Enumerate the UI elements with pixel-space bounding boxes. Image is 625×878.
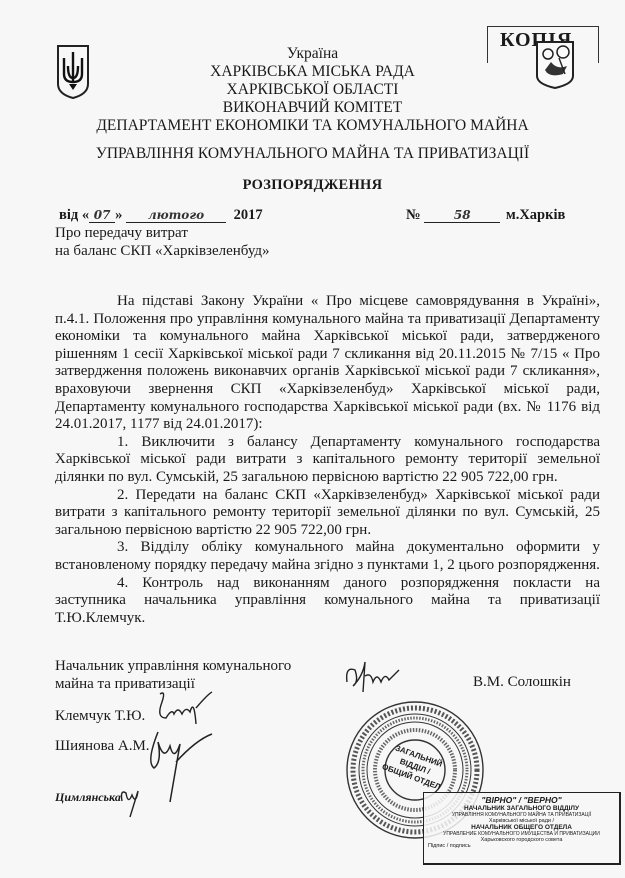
approval-shiyanova: Шиянова А.М.	[55, 737, 150, 755]
header-country: Україна	[0, 45, 625, 63]
certify-title: "ВІРНО" / "ВЕРНО"	[424, 795, 619, 805]
header-department: ДЕПАРТАМЕНТ ЕКОНОМІКИ ТА КОМУНАЛЬНОГО МА…	[0, 117, 625, 135]
number-prefix: №	[406, 207, 421, 223]
city: м.Харків	[506, 207, 566, 223]
header-region: ХАРКІВСЬКОЇ ОБЛАСТІ	[0, 81, 625, 99]
signer-name: В.М. Солошкін	[473, 673, 571, 691]
date-prefix: від «	[59, 207, 89, 223]
number-line: № 58 м.Харків	[406, 207, 565, 224]
preamble: На підставі Закону України « Про місцеве…	[55, 293, 600, 434]
head-signature-scribble	[343, 652, 403, 694]
approval-klemchuk: Клемчук Т.Ю.	[55, 707, 145, 725]
date-mid: »	[115, 207, 122, 223]
header-council: ХАРКІВСЬКА МІСЬКА РАДА	[0, 63, 625, 81]
subject: Про передачу витрат на баланс СКП «Харкі…	[55, 225, 270, 260]
executor-signature-scribble	[118, 785, 142, 819]
header-office: УПРАВЛІННЯ КОМУНАЛЬНОГО МАЙНА ТА ПРИВАТИ…	[0, 145, 625, 163]
year: 2017	[234, 207, 263, 223]
subject-line-1: Про передачу витрат	[55, 225, 270, 243]
document-body: На підставі Закону України « Про місцеве…	[55, 293, 600, 627]
order-item-3: 3. Відділу обліку комунального майна док…	[55, 539, 600, 574]
executor-name: Цимлянська	[55, 790, 121, 805]
order-item-2: 2. Передати на баланс СКП «Харківзеленбу…	[55, 487, 600, 540]
day-field: 07	[89, 208, 115, 223]
position-line-1: Начальник управління комунального	[55, 657, 291, 675]
number-field: 58	[424, 208, 500, 223]
header-committee: ВИКОНАВЧИЙ КОМІТЕТ	[0, 99, 625, 117]
certify-sign-label: Підпис / подпись	[424, 843, 619, 849]
subject-line-2: на баланс СКП «Харківзеленбуд»	[55, 243, 270, 261]
order-item-1: 1. Виключити з балансу Департаменту кому…	[55, 434, 600, 487]
shiyanova-signature-scribble	[140, 722, 220, 804]
certify-line-4: НАЧАЛЬНИК ОБЩЕГО ОТДЕЛА	[424, 824, 619, 831]
month-field: лютого	[126, 208, 226, 223]
doc-type-title: РОЗПОРЯДЖЕННЯ	[0, 177, 625, 194]
date-line: від «07» лютого 2017	[59, 207, 263, 224]
certify-line-1: НАЧАЛЬНИК ЗАГАЛЬНОГО ВІДДІЛУ	[424, 805, 619, 812]
order-item-4: 4. Контроль над виконанням даного розпор…	[55, 575, 600, 628]
certify-stamp: "ВІРНО" / "ВЕРНО" НАЧАЛЬНИК ЗАГАЛЬНОГО В…	[423, 792, 621, 865]
